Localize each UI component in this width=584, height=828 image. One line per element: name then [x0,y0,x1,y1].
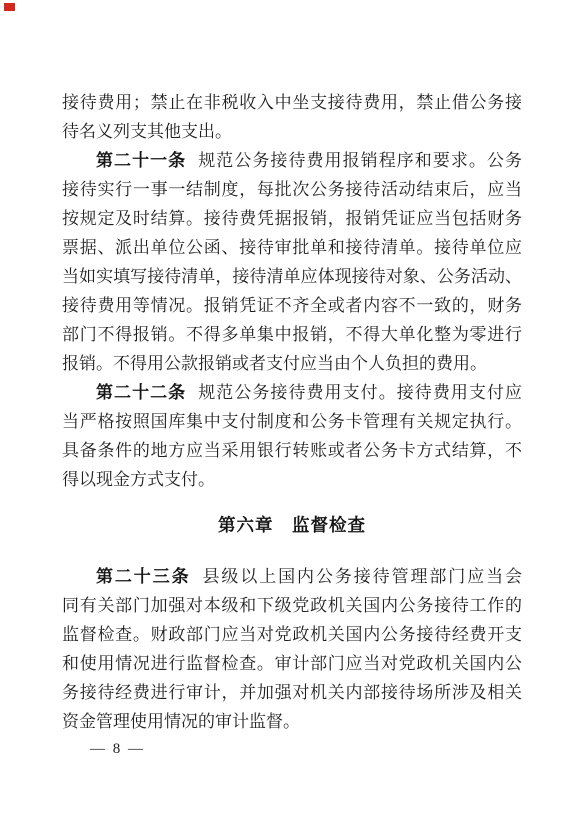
article-23-first-line: 第二十三条县级以上国内公务接待管理部门应当会 [62,562,522,591]
text-line: 和使用情况进行监督检查。审计部门应当对党政机关国内公 [62,649,522,678]
text-line: 待名义列支其他支出。 [62,117,522,146]
text-line: 接待费用等情况。报销凭证不齐全或者内容不一致的，财务 [62,291,522,320]
document-body: 接待费用；禁止在非税收入中坐支接待费用，禁止借公务接 待名义列支其他支出。 第二… [62,88,522,736]
text-line: 当如实填写接待清单，接待清单应体现接待对象、公务活动、 [62,262,522,291]
article-23-number: 第二十三条 [96,567,191,586]
text-line: 部门不得报销。不得多单集中报销，不得大单化整为零进行 [62,320,522,349]
text-line: 按规定及时结算。接待费凭据报销，报销凭证应当包括财务 [62,204,522,233]
article-22-first-text: 规范公务接待费用支付。接待费用支付应 [198,383,522,402]
text-line: 接待费用；禁止在非税收入中坐支接待费用，禁止借公务接 [62,88,522,117]
document-page: 接待费用；禁止在非税收入中坐支接待费用，禁止借公务接 待名义列支其他支出。 第二… [0,0,584,828]
text-line: 票据、派出单位公函、接待审批单和接待清单。接待单位应 [62,233,522,262]
text-line: 监督检查。财政部门应当对党政机关国内公务接待经费开支 [62,620,522,649]
red-corner-scan-mark [4,3,15,11]
text-line: 当严格按照国库集中支付制度和公务卡管理有关规定执行。 [62,407,522,436]
text-line: 具备条件的地方应当采用银行转账或者公务卡方式结算，不 [62,436,522,465]
article-22-number: 第二十二条 [96,383,186,402]
text-line: 资金管理使用情况的审计监督。 [62,707,522,736]
page-number: — 8 — [90,741,145,758]
text-line: 报销。不得用公款报销或者支付应当由个人负担的费用。 [62,349,522,378]
article-23-first-text: 县级以上国内公务接待管理部门应当会 [203,567,522,586]
text-line: 得以现金方式支付。 [62,465,522,494]
text-line: 接待实行一事一结制度，每批次公务接待活动结束后，应当 [62,175,522,204]
text-line: 务接待经费进行审计，并加强对机关内部接待场所涉及相关 [62,678,522,707]
article-21-first-line: 第二十一条规范公务接待费用报销程序和要求。公务 [62,146,522,175]
article-21-number: 第二十一条 [96,151,186,170]
chapter-heading: 第六章 监督检查 [62,511,522,540]
article-21-first-text: 规范公务接待费用报销程序和要求。公务 [198,151,522,170]
article-22-first-line: 第二十二条规范公务接待费用支付。接待费用支付应 [62,378,522,407]
text-line: 同有关部门加强对本级和下级党政机关国内公务接待工作的 [62,591,522,620]
